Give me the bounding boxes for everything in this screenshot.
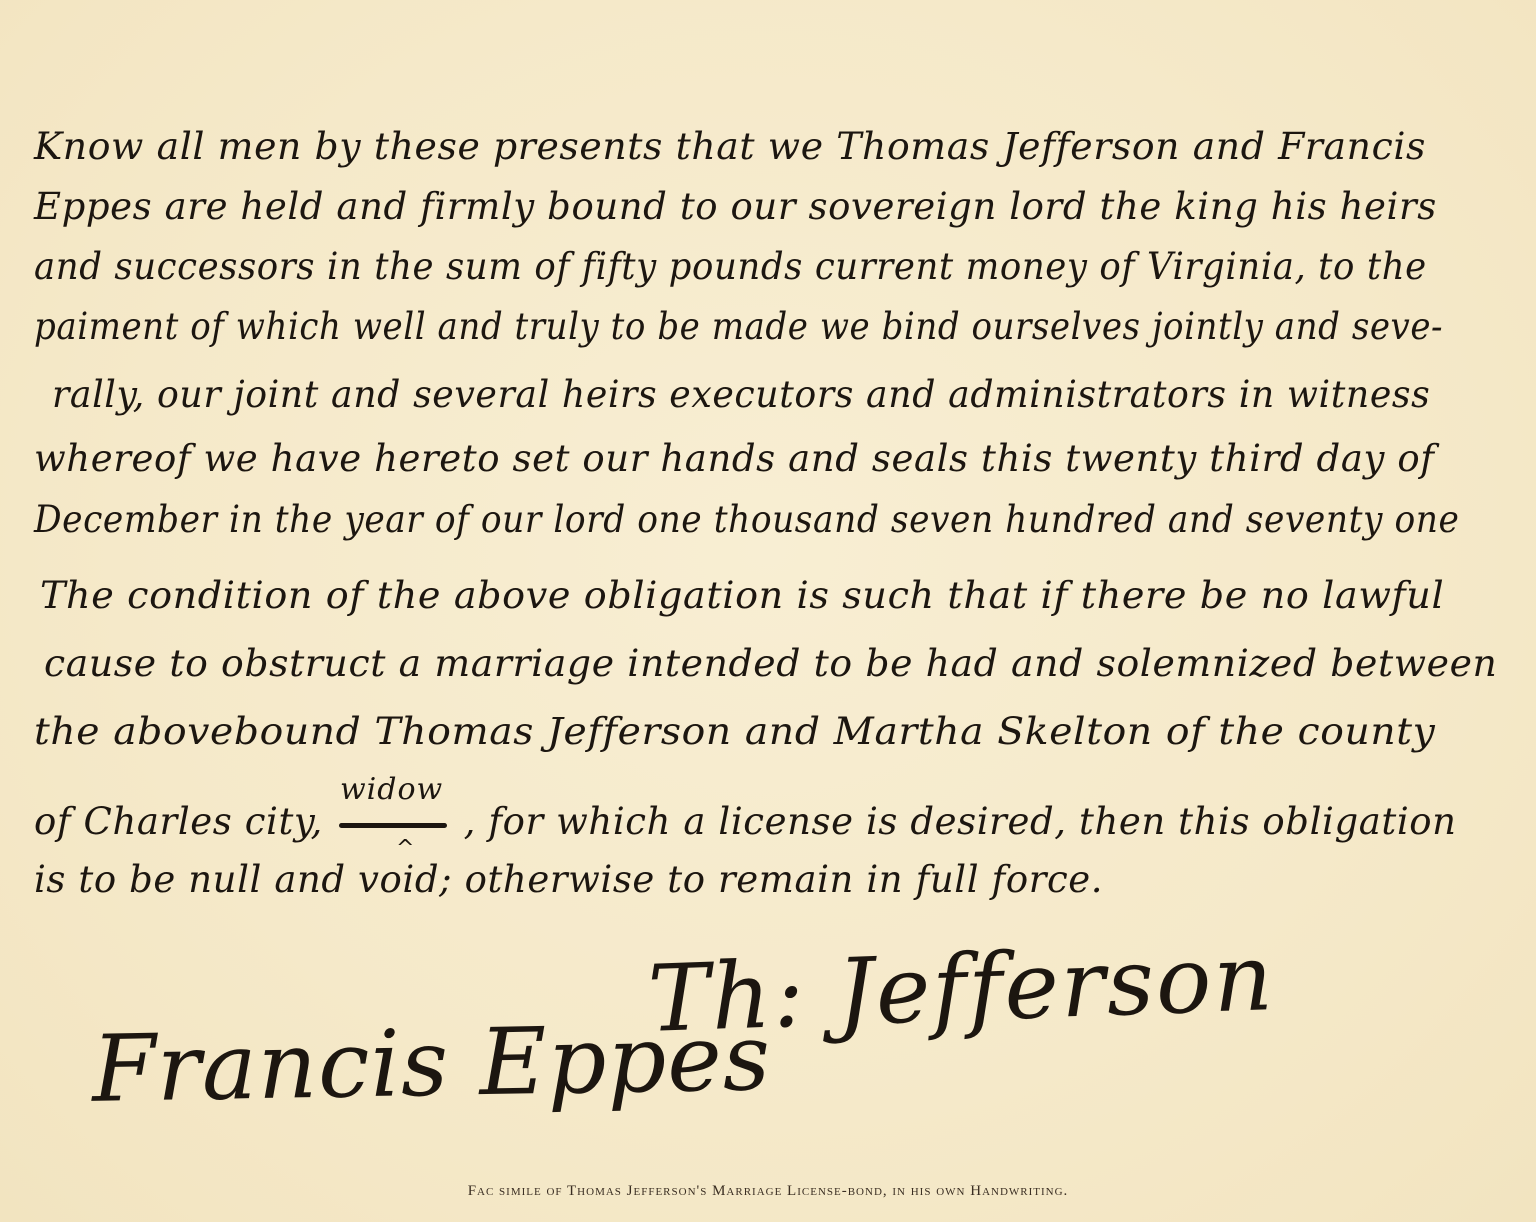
document-page: Know all men by these presents that we T… (0, 0, 1536, 1222)
signature-eppes: Francis Eppes (91, 1004, 772, 1123)
text-line-12: is to be null and void; otherwise to rem… (34, 858, 1103, 901)
text-line-7: December in the year of our lord one tho… (34, 498, 1459, 541)
text-line-8: The condition of the above obligation is… (40, 574, 1444, 617)
text-line-5: rally, our joint and several heirs execu… (52, 373, 1430, 416)
text-line-3: and successors in the sum of fifty pound… (34, 245, 1427, 288)
text-line-11: of Charles city, , for which a license i… (34, 800, 1457, 843)
text-line-1: Know all men by these presents that we T… (34, 125, 1426, 168)
text-line-11-start: of Charles city, (34, 800, 323, 843)
text-line-4: paiment of which well and truly to be ma… (34, 305, 1443, 348)
text-line-6: whereof we have hereto set our hands and… (34, 437, 1435, 480)
caption: Fac simile of Thomas Jefferson's Marriag… (0, 1183, 1536, 1200)
text-line-11-end: , for which a license is desired, then t… (464, 800, 1457, 843)
text-line-10: the abovebound Thomas Jefferson and Mart… (34, 710, 1435, 753)
text-line-9: cause to obstruct a marriage intended to… (44, 642, 1497, 685)
text-line-2: Eppes are held and firmly bound to our s… (34, 185, 1437, 228)
struck-out-word (335, 820, 451, 830)
